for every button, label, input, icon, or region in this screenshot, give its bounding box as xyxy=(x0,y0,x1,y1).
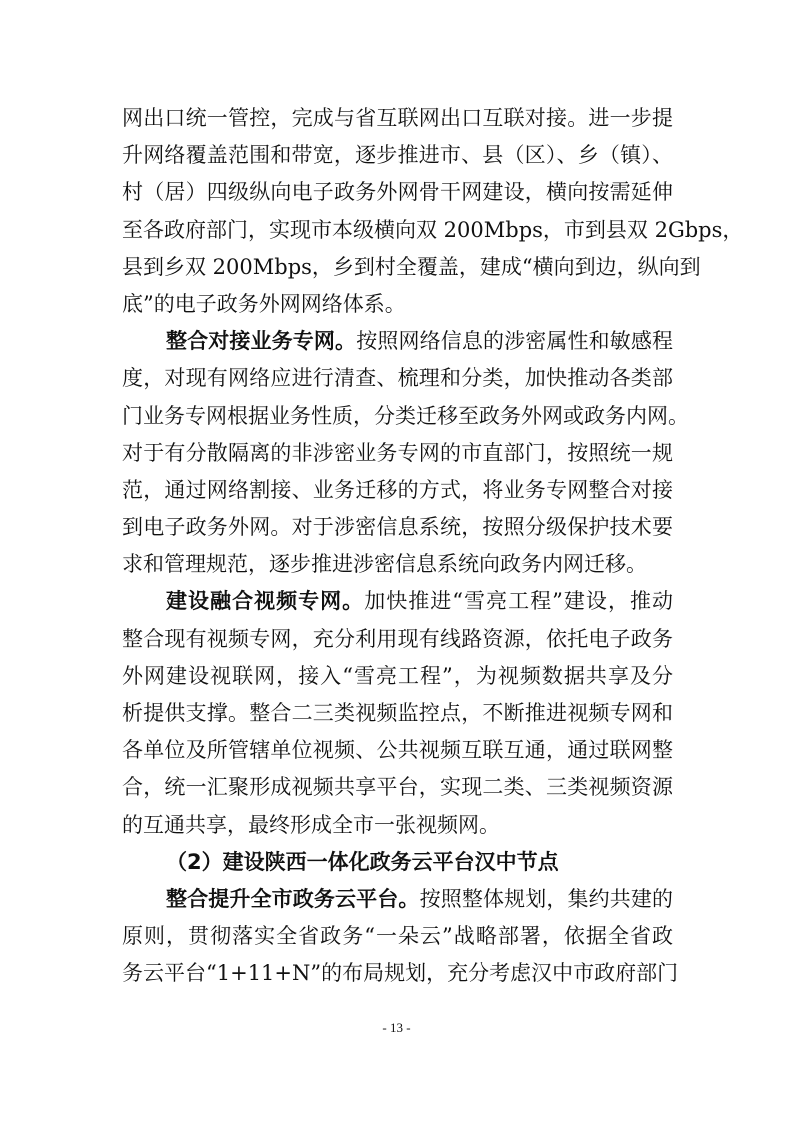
text-line: 至各政府部门，实现市本级横向双 200Mbps，市到县双 2Gbps， xyxy=(122,212,673,249)
paragraph-lead: 整合提升全市政务云平台。 xyxy=(166,887,420,911)
text-line: 度，对现有网络应进行清查、梳理和分类，加快推动各类部 xyxy=(122,360,673,397)
text-line: 整合现有视频专网，充分利用现有线路资源，依托电子政务 xyxy=(122,621,673,658)
paragraph-lead: 整合对接业务专网。 xyxy=(166,329,356,353)
text-line: 县到乡双 200Mbps，乡到村全覆盖，建成“横向到边，纵向到 xyxy=(122,249,673,286)
text-line: 升网络覆盖范围和带宽，逐步推进市、县（区）、乡（镇）、 xyxy=(122,137,673,174)
text-line: 门业务专网根据业务性质，分类迁移至政务外网或政务内网。 xyxy=(122,398,673,435)
text-line: 各单位及所管辖单位视频、公共视频互联互通，通过联网整 xyxy=(122,732,673,769)
text-line: 范，通过网络割接、业务迁移的方式，将业务专网整合对接 xyxy=(122,472,673,509)
paragraph-integrate-private-networks: 整合对接业务专网。按照网络信息的涉密属性和敏感程 度，对现有网络应进行清查、梳理… xyxy=(122,323,673,583)
text-line: 原则，贯彻落实全省政务“一朵云”战略部署，依据全省政 xyxy=(122,918,673,955)
text-line: 建设融合视频专网。加快推进“雪亮工程”建设，推动 xyxy=(122,583,673,620)
text-line: 析提供支撑。整合二三类视频监控点，不断推进视频专网和 xyxy=(122,695,673,732)
text-line: 到电子政务外网。对于涉密信息系统，按照分级保护技术要 xyxy=(122,509,673,546)
text-line: 合，统一汇聚形成视频共享平台，实现二类、三类视频资源 xyxy=(122,769,673,806)
text-line: 整合对接业务专网。按照网络信息的涉密属性和敏感程 xyxy=(122,323,673,360)
paragraph-lead: 建设融合视频专网。 xyxy=(166,589,364,613)
text-line: 求和管理规范，逐步推进涉密信息系统向政务内网迁移。 xyxy=(122,546,673,583)
paragraph-network-coverage: 网出口统一管控，完成与省互联网出口互联对接。进一步提 升网络覆盖范围和带宽，逐步… xyxy=(122,100,673,323)
text-line: 对于有分散隔离的非涉密业务专网的市直部门，按照统一规 xyxy=(122,435,673,472)
text-line: 底”的电子政务外网网络体系。 xyxy=(122,286,673,323)
document-page: 网出口统一管控，完成与省互联网出口互联对接。进一步提 升网络覆盖范围和带宽，逐步… xyxy=(122,100,673,993)
text-line: 网出口统一管控，完成与省互联网出口互联对接。进一步提 xyxy=(122,100,673,137)
text-line: 村（居）四级纵向电子政务外网骨干网建设，横向按需延伸 xyxy=(122,174,673,211)
text-line: 的互通共享，最终形成全市一张视频网。 xyxy=(122,807,673,844)
text-line: 外网建设视联网，接入“雪亮工程”，为视频数据共享及分 xyxy=(122,658,673,695)
section-heading: （2）建设陕西一体化政务云平台汉中节点 xyxy=(122,844,673,881)
text-line: 整合提升全市政务云平台。按照整体规划，集约共建的 xyxy=(122,881,673,918)
text-line: 务云平台“1+11+N”的布局规划，充分考虑汉中市政府部门 xyxy=(122,955,673,992)
page-number: - 13 - xyxy=(0,1020,793,1036)
paragraph-cloud-platform: 整合提升全市政务云平台。按照整体规划，集约共建的 原则，贯彻落实全省政务“一朵云… xyxy=(122,881,673,993)
paragraph-video-network: 建设融合视频专网。加快推进“雪亮工程”建设，推动 整合现有视频专网，充分利用现有… xyxy=(122,583,673,843)
